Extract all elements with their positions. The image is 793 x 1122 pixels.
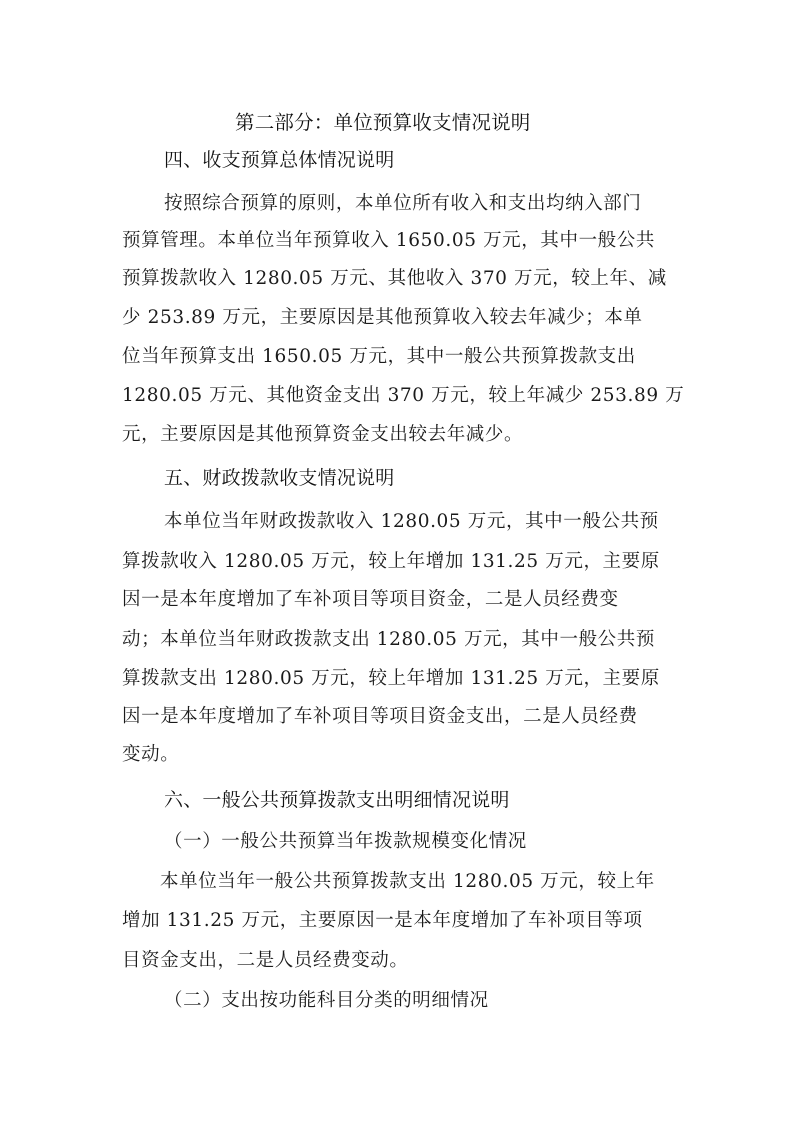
paragraph-line: 元，主要原因是其他预算资金支出较去年减少。 bbox=[122, 423, 523, 447]
paragraph-line: 变动。 bbox=[122, 743, 179, 767]
subsection-heading-2: （二）支出按功能科目分类的明细情况 bbox=[164, 989, 489, 1013]
paragraph-line: 预算管理。本单位当年预算收入 1650.05 万元，其中一般公共 bbox=[122, 229, 655, 253]
paragraph-line: 少 253.89 万元，主要原因是其他预算收入较去年减少；本单 bbox=[122, 306, 643, 330]
paragraph-line: 动；本单位当年财政拨款支出 1280.05 万元，其中一般公共预 bbox=[122, 628, 655, 652]
paragraph-line: 因一是本年度增加了车补项目等项目资金，二是人员经费变 bbox=[122, 588, 619, 612]
paragraph-line: 按照综合预算的原则，本单位所有收入和支出均纳入部门 bbox=[164, 192, 642, 216]
document-page: 第二部分：单位预算收支情况说明 四、收支预算总体情况说明 按照综合预算的原则，本… bbox=[0, 0, 793, 1122]
paragraph-line: 算拨款支出 1280.05 万元，较上年增加 131.25 万元，主要原 bbox=[122, 667, 660, 691]
paragraph-line: 本单位当年一般公共预算拨款支出 1280.05 万元，较上年 bbox=[160, 870, 655, 894]
paragraph-line: 算拨款收入 1280.05 万元，较上年增加 131.25 万元，主要原 bbox=[122, 550, 660, 574]
paragraph-line: 因一是本年度增加了车补项目等项目资金支出，二是人员经费 bbox=[122, 705, 638, 729]
paragraph-line: 目资金支出，二是人员经费变动。 bbox=[122, 949, 409, 973]
paragraph-line: 预算拨款收入 1280.05 万元、其他收入 370 万元，较上年、减 bbox=[122, 267, 667, 291]
subsection-heading-1: （一）一般公共预算当年拨款规模变化情况 bbox=[164, 830, 527, 854]
document-title: 第二部分：单位预算收支情况说明 bbox=[235, 111, 531, 135]
section-heading-4: 四、收支预算总体情况说明 bbox=[164, 148, 394, 172]
paragraph-line: 1280.05 万元、其他资金支出 370 万元，较上年减少 253.89 万 bbox=[122, 384, 684, 408]
section-heading-6: 六、一般公共预算拨款支出明细情况说明 bbox=[164, 788, 510, 812]
paragraph-line: 增加 131.25 万元，主要原因一是本年度增加了车补项目等项 bbox=[122, 909, 643, 933]
paragraph-line: 位当年预算支出 1650.05 万元，其中一般公共预算拨款支出 bbox=[122, 345, 636, 369]
section-heading-5: 五、财政拨款收支情况说明 bbox=[164, 466, 394, 490]
paragraph-line: 本单位当年财政拨款收入 1280.05 万元，其中一般公共预 bbox=[164, 510, 659, 534]
